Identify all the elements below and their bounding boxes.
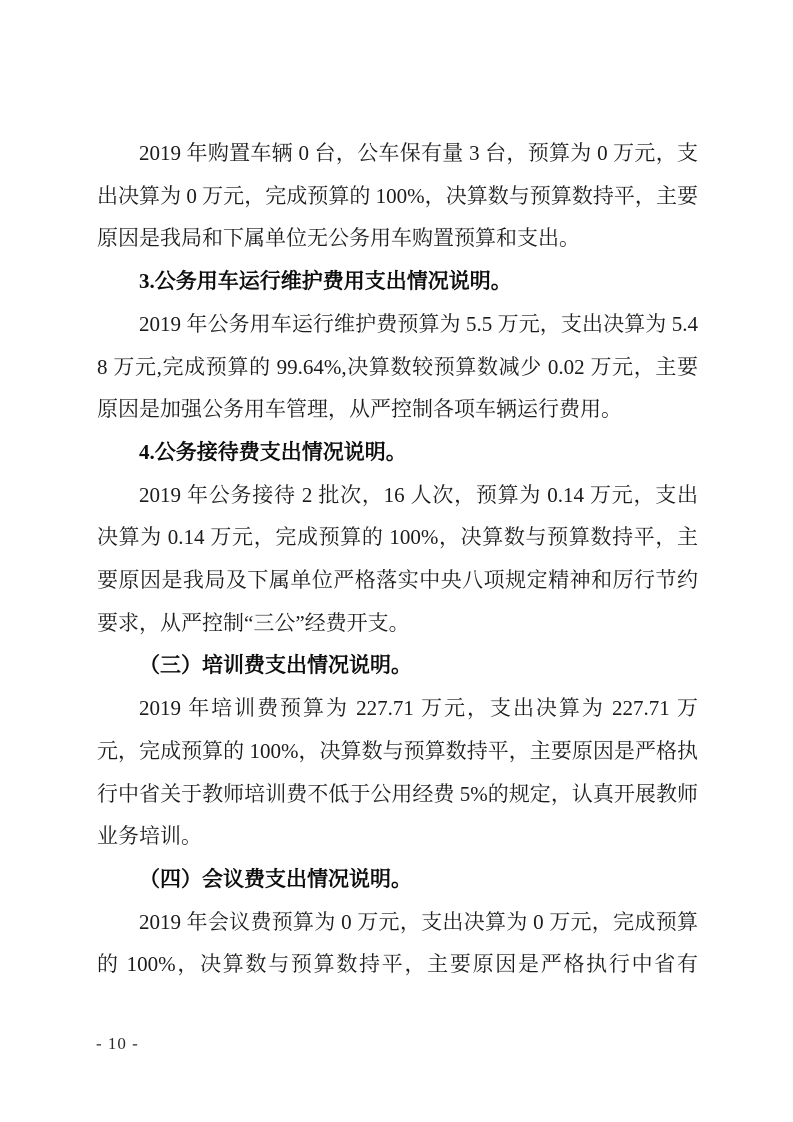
page-content: 2019 年购置车辆 0 台，公车保有量 3 台，预算为 0 万元，支出决算为 … (97, 132, 698, 986)
section-heading: 3.公务用车运行维护费用支出情况说明。 (97, 260, 698, 303)
body-paragraph: 2019 年会议费预算为 0 万元，支出决算为 0 万元，完成预算的 100%，… (97, 901, 698, 986)
section-heading: （四）会议费支出情况说明。 (97, 858, 698, 901)
section-heading: 4.公务接待费支出情况说明。 (97, 431, 698, 474)
section-heading: （三）培训费支出情况说明。 (97, 644, 698, 687)
body-paragraph: 2019 年培训费预算为 227.71 万元，支出决算为 227.71 万元，完… (97, 687, 698, 858)
body-paragraph: 2019 年公务接待 2 批次，16 人次，预算为 0.14 万元，支出决算为 … (97, 474, 698, 645)
page-number: - 10 - (96, 1032, 139, 1056)
body-paragraph: 2019 年购置车辆 0 台，公车保有量 3 台，预算为 0 万元，支出决算为 … (97, 132, 698, 260)
document-page: 2019 年购置车辆 0 台，公车保有量 3 台，预算为 0 万元，支出决算为 … (0, 0, 793, 1122)
body-paragraph: 2019 年公务用车运行维护费预算为 5.5 万元，支出决算为 5.48 万元,… (97, 303, 698, 431)
